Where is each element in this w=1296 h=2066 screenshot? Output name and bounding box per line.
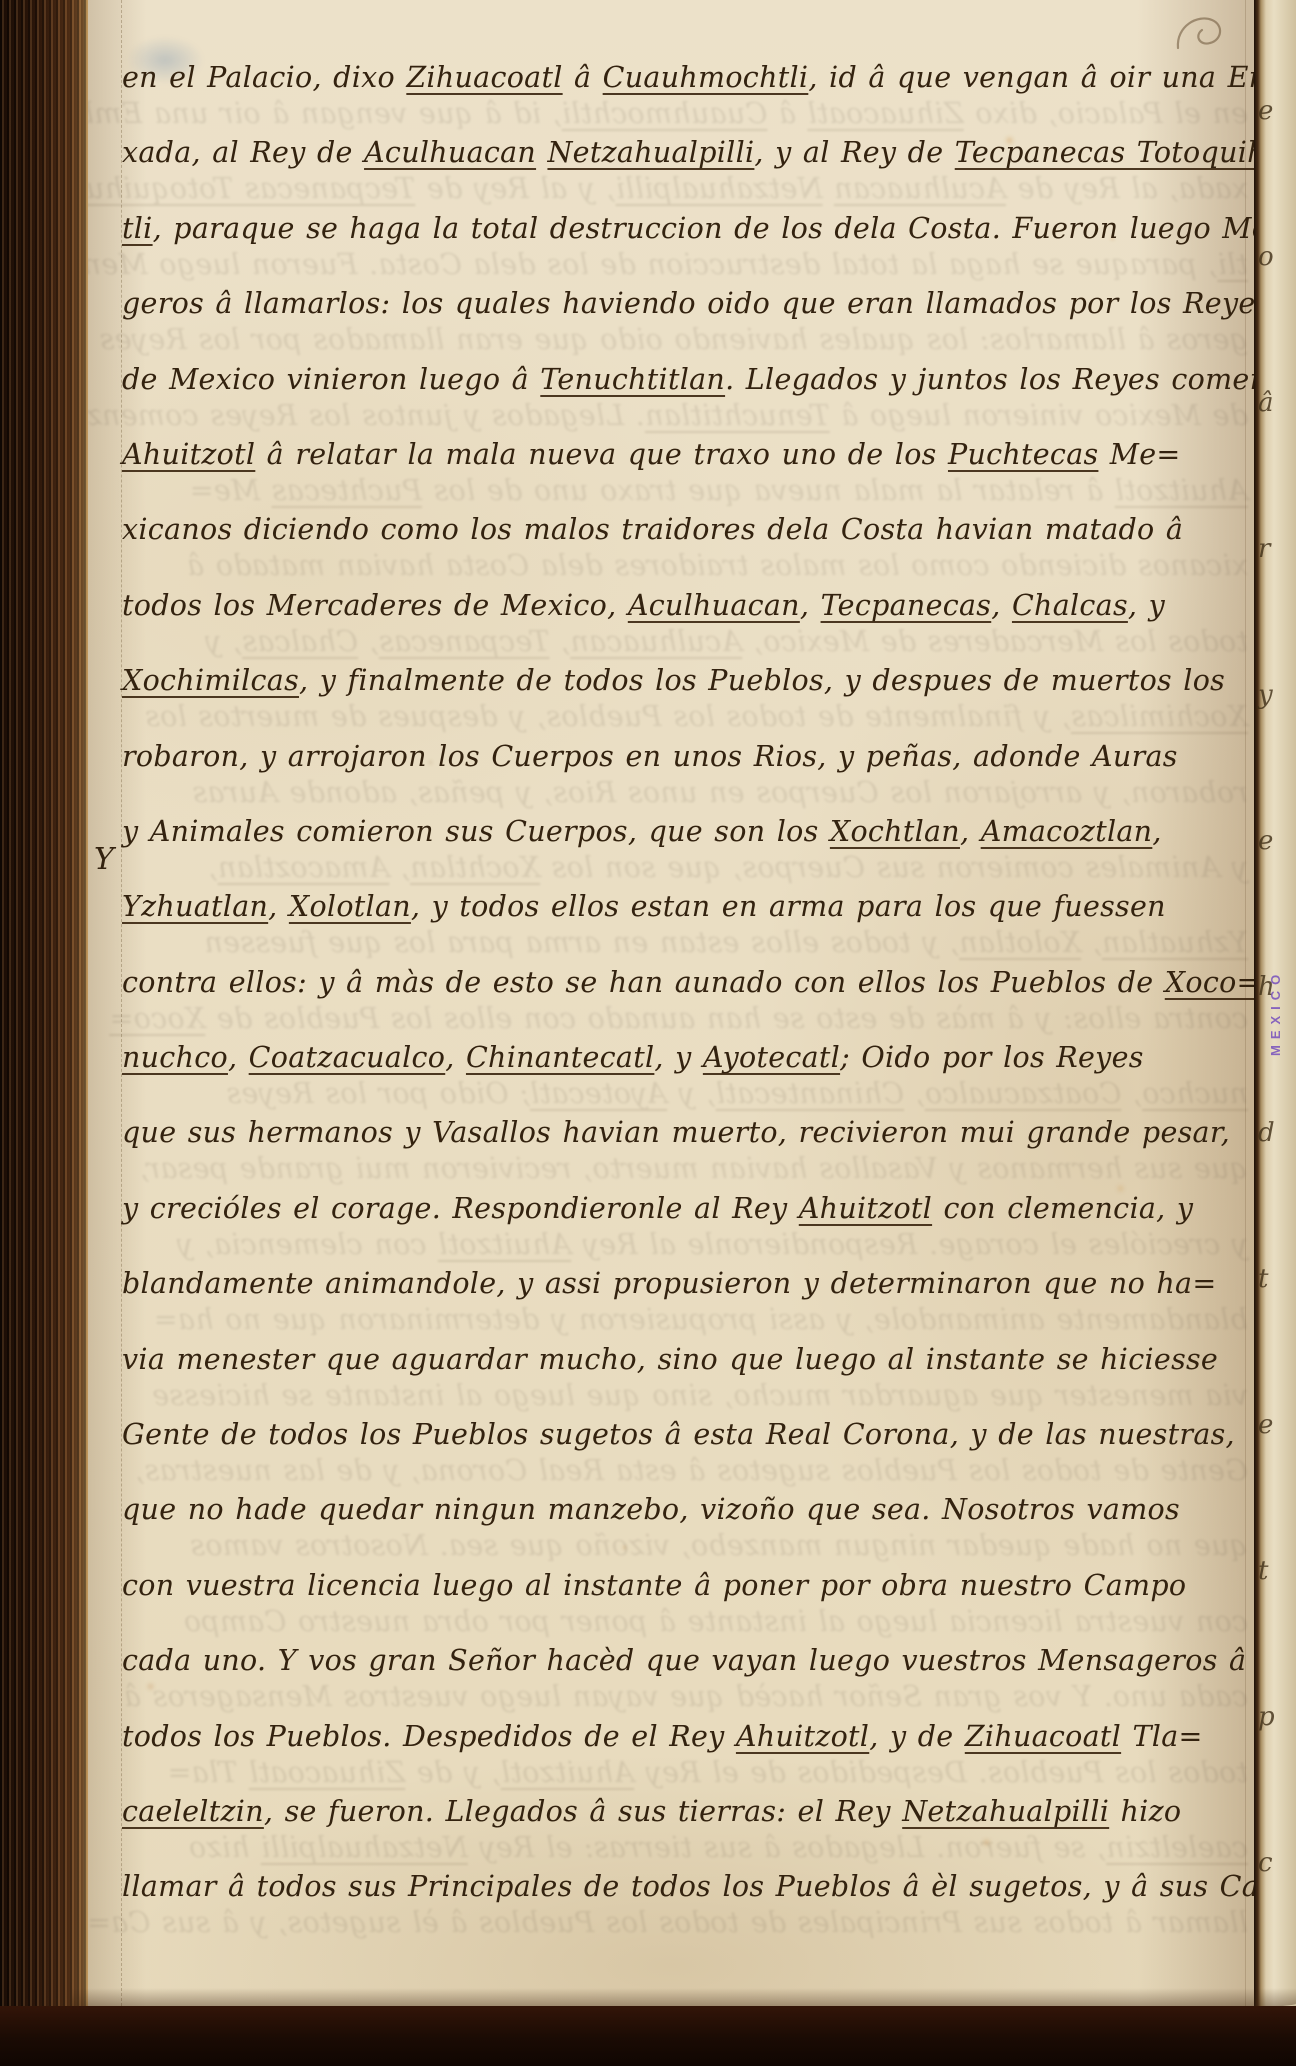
line-text: que sus hermanos y Vasallos havian muert…	[122, 1116, 1230, 1149]
line-text: y Animales comieron sus Cuerpos, que son…	[122, 815, 830, 848]
manuscript-line: en el Palacio, dixo Zihuacoatl â Cuauhmo…	[122, 40, 1248, 115]
line-text: ,	[268, 890, 289, 923]
line-text: ,	[1152, 815, 1161, 848]
line-text: ,	[800, 589, 821, 622]
underlined-proper-name: Ahuitzotl	[122, 438, 255, 471]
line-text: â relatar la mala nueva que traxo uno de…	[255, 438, 948, 471]
underlined-proper-name: Xolotlan	[289, 890, 411, 923]
underlined-proper-name: nuchco	[122, 1041, 228, 1074]
underlined-proper-name: Netzahualpilli	[547, 136, 754, 169]
manuscript-line: cada uno. Y vos gran Señor hacèd que vay…	[122, 1623, 1248, 1698]
underlined-proper-name: tli	[122, 212, 153, 245]
line-text: Gente de todos los Pueblos sugetos â est…	[122, 1418, 1235, 1451]
underlined-proper-name: Tenuchtitlan	[540, 363, 725, 396]
manuscript-line: via menester que aguardar mucho, sino qu…	[122, 1322, 1248, 1397]
edge-letter: y	[1258, 680, 1275, 826]
line-text: Tla=	[1121, 1720, 1203, 1753]
underlined-proper-name: Xochimilcas	[122, 664, 299, 697]
line-text: , y finalmente de todos los Pueblos, y d…	[299, 664, 1225, 697]
line-text: con vuestra licencia luego al instante â…	[122, 1569, 1186, 1602]
manuscript-line: geros â llamarlos: los quales haviendo o…	[122, 266, 1248, 341]
underlined-proper-name: caeleltzin	[122, 1795, 264, 1828]
line-text: Me=	[1098, 438, 1180, 471]
manuscript-line: caeleltzin, se fueron. Llegados â sus ti…	[122, 1774, 1248, 1849]
underlined-proper-name: Chalcas	[1012, 589, 1128, 622]
manuscript-line: contra ellos: y â màs de esto se han aun…	[122, 945, 1248, 1020]
line-text: todos los Pueblos. Despedidos de el Rey	[122, 1720, 736, 1753]
line-text: , y de	[869, 1720, 965, 1753]
line-text: , y	[1128, 589, 1165, 622]
underlined-proper-name: Amacoztlan	[981, 815, 1153, 848]
underlined-proper-name: Coatzacualco	[249, 1041, 446, 1074]
line-text: que no hade quedar ningun manzebo, vizoñ…	[122, 1493, 1180, 1526]
edge-letter: p	[1258, 1702, 1275, 1848]
underlined-proper-name: Aculhuacan	[628, 589, 800, 622]
edge-letter: t	[1258, 1556, 1275, 1702]
manuscript-line: que no hade quedar ningun manzebo, vizoñ…	[122, 1472, 1248, 1547]
line-text: contra ellos: y â màs de esto se han aun…	[122, 966, 1165, 999]
manuscript-line: Gente de todos los Pueblos sugetos â est…	[122, 1397, 1248, 1472]
line-text: , y todos ellos estan en arma para los q…	[411, 890, 1166, 923]
underlined-proper-name: Puchtecas	[948, 438, 1098, 471]
underlined-proper-name: Aculhuacan	[364, 136, 536, 169]
line-text: ,	[228, 1041, 249, 1074]
line-text: y crecióles el corage. Respondieronle al…	[122, 1192, 799, 1225]
line-text: llamar â todos sus Principales de todos …	[122, 1870, 1254, 1903]
line-text: geros â llamarlos: los quales haviendo o…	[122, 287, 1254, 320]
underlined-proper-name: Ahuitzotl	[799, 1192, 932, 1225]
line-text: ,	[960, 815, 981, 848]
manuscript-line: robaron, y arrojaron los Cuerpos en unos…	[122, 719, 1248, 794]
underlined-proper-name: Tecpanecas	[821, 589, 992, 622]
line-text: ,	[445, 1041, 466, 1074]
underlined-proper-name: Yzhuatlan	[122, 890, 268, 923]
line-text: , se fueron. Llegados â sus tierras: el …	[264, 1795, 902, 1828]
manuscript-line: que sus hermanos y Vasallos havian muert…	[122, 1095, 1248, 1170]
underlined-proper-name: Netzahualpilli	[902, 1795, 1109, 1828]
manuscript-page: en el Palacio, dixo Zihuacoatl â Cuauhmo…	[88, 0, 1254, 2006]
manuscript-line: todos los Pueblos. Despedidos de el Rey …	[122, 1699, 1248, 1774]
line-text: xicanos diciendo como los malos traidore…	[122, 513, 1183, 546]
underlined-proper-name: Xochtlan	[830, 815, 960, 848]
manuscript-line: y Animales comieron sus Cuerpos, que son…	[122, 794, 1248, 869]
line-text: â	[563, 61, 603, 94]
line-text: ,	[991, 589, 1012, 622]
line-text: de Mexico vinieron luego â	[122, 363, 540, 396]
underlined-proper-name: Cuauhmochtli	[603, 61, 809, 94]
line-text: blandamente animandole, y assi propusier…	[122, 1267, 1217, 1300]
line-text: xada, al Rey de	[122, 136, 364, 169]
manuscript-line: con vuestra licencia luego al instante â…	[122, 1548, 1248, 1623]
line-text: via menester que aguardar mucho, sino qu…	[122, 1343, 1218, 1376]
line-text: con clemencia, y	[932, 1192, 1193, 1225]
line-text: , id â que vengan â oir una Emba=	[808, 61, 1254, 94]
left-book-edge	[0, 0, 88, 2066]
line-text: ; Oido por los Reyes	[840, 1041, 1144, 1074]
foxing-spots	[88, 0, 89, 1]
line-text: , y al Rey de	[754, 136, 954, 169]
underlined-proper-name: Tecpanecas Totoquihuan=	[955, 136, 1254, 169]
line-text: todos los Mercaderes de Mexico,	[122, 589, 628, 622]
line-text: en el Palacio, dixo	[122, 61, 406, 94]
line-text: , y	[654, 1041, 702, 1074]
underlined-proper-name: Zihuacoatl	[965, 1720, 1121, 1753]
underlined-proper-name: Zihuacoatl	[406, 61, 562, 94]
manuscript-line: Yzhuatlan, Xolotlan, y todos ellos estan…	[122, 869, 1248, 944]
manuscript-line: de Mexico vinieron luego â Tenuchtitlan.…	[122, 342, 1248, 417]
edge-letter: c	[1258, 1848, 1275, 1994]
underlined-proper-name: Chinantecatl	[466, 1041, 654, 1074]
underlined-proper-name: Ayotecatl	[703, 1041, 840, 1074]
manuscript-line: llamar â todos sus Principales de todos …	[122, 1849, 1248, 1924]
line-text: . Llegados y juntos los Reyes comenzò	[725, 363, 1254, 396]
bottom-binding	[0, 2006, 1296, 2066]
manuscript-text: en el Palacio, dixo Zihuacoatl â Cuauhmo…	[122, 40, 1248, 1925]
mexico-stamp: MEXICO	[1268, 866, 1283, 1056]
edge-letter: â	[1258, 388, 1275, 534]
edge-letter: o	[1258, 242, 1275, 388]
margin-letter-y: Y	[94, 842, 114, 877]
line-text: hizo	[1109, 1795, 1181, 1828]
manuscript-line: Xochimilcas, y finalmente de todos los P…	[122, 643, 1248, 718]
manuscript-line: blandamente animandole, y assi propusier…	[122, 1246, 1248, 1321]
manuscript-line: Ahuitzotl â relatar la mala nueva que tr…	[122, 417, 1248, 492]
manuscript-line: todos los Mercaderes de Mexico, Aculhuac…	[122, 568, 1248, 643]
manuscript-line: xada, al Rey de Aculhuacan Netzahualpill…	[122, 115, 1248, 190]
edge-letter: e	[1258, 96, 1275, 242]
next-page-edge-strip: eoâryehdtetpc MEXICO	[1254, 0, 1296, 2006]
edge-letter: r	[1258, 534, 1275, 680]
line-text: , paraque se haga la total destruccion d…	[153, 212, 1254, 245]
manuscript-line: nuchco, Coatzacualco, Chinantecatl, y Ay…	[122, 1020, 1248, 1095]
underlined-proper-name: Xoco=	[1165, 966, 1254, 999]
edge-letter: e	[1258, 1410, 1275, 1556]
line-text	[536, 136, 547, 169]
line-text: cada uno. Y vos gran Señor hacèd que vay…	[122, 1644, 1246, 1677]
underlined-proper-name: Ahuitzotl	[736, 1720, 869, 1753]
manuscript-line: tli, paraque se haga la total destruccio…	[122, 191, 1248, 266]
manuscript-line: xicanos diciendo como los malos traidore…	[122, 492, 1248, 567]
edge-letter: d	[1258, 1118, 1275, 1264]
edge-letter: t	[1258, 1264, 1275, 1410]
manuscript-line: y crecióles el corage. Respondieronle al…	[122, 1171, 1248, 1246]
line-text: robaron, y arrojaron los Cuerpos en unos…	[122, 740, 1178, 773]
